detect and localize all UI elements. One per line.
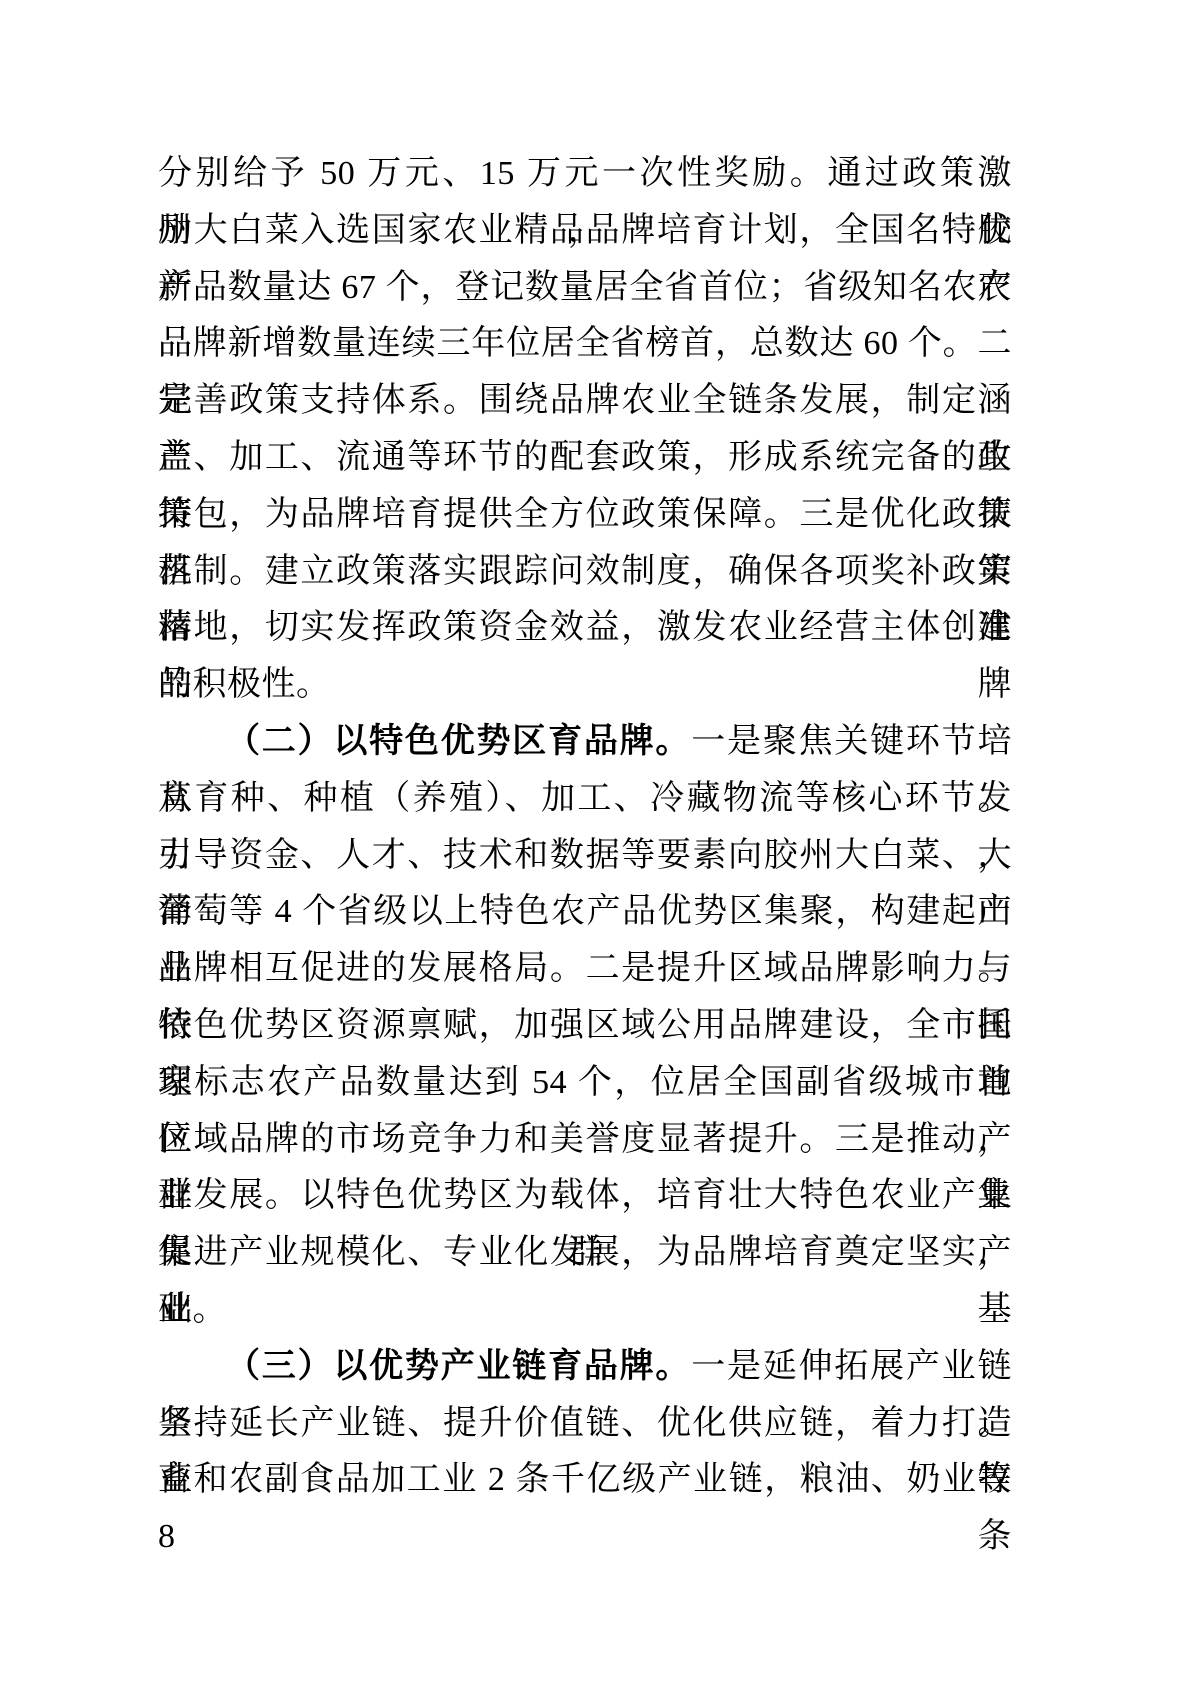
text-line: （二）以特色优势区育品牌。一是聚焦关键环节培育。 — [158, 714, 1012, 771]
document-body: 分别给予 50 万元、15 万元一次性奖励。通过政策激励，胶州大白菜入选国家农业… — [158, 146, 1012, 1509]
text-line: 品牌相互促进的发展格局。二是提升区域品牌影响力。依托 — [158, 941, 1012, 998]
text-line: 州大白菜入选国家农业精品品牌培育计划，全国名特优新农 — [158, 203, 1012, 260]
heading-text-segment: （二）以特色优势区育品牌。 — [226, 723, 691, 760]
text-line: 机制。建立政策落实跟踪问效制度，确保各项奖补政策精准 — [158, 544, 1012, 601]
text-line: 分别给予 50 万元、15 万元一次性奖励。通过政策激励，胶 — [158, 146, 1012, 203]
text-line: 理标志农产品数量达到 54 个，位居全国副省级城市首位， — [158, 1055, 1012, 1112]
body-text-segment: 业和农副食品加工业 2 条千亿级产业链，粮油、奶业等 8 条 — [158, 1461, 1012, 1555]
text-line: 产品数量达 67 个，登记数量居全省首位；省级知名农产品 — [158, 260, 1012, 317]
body-text-segment: 的积极性。 — [158, 666, 331, 703]
text-line: 业和农副食品加工业 2 条千亿级产业链，粮油、奶业等 8 条 — [158, 1452, 1012, 1509]
text-line: 完善政策支持体系。围绕品牌农业全链条发展，制定涵盖生 — [158, 373, 1012, 430]
text-line: 品牌新增数量连续三年位居全省榜首，总数达 60 个。二是 — [158, 316, 1012, 373]
document-page: 分别给予 50 万元、15 万元一次性奖励。通过政策激励，胶州大白菜入选国家农业… — [0, 0, 1190, 1683]
text-line: 坚持延长产业链、提升价值链、优化供应链，着力打造畜牧 — [158, 1396, 1012, 1453]
text-line: 落地，切实发挥政策资金效益，激发农业经营主体创建品牌 — [158, 600, 1012, 657]
text-line: 从育种、种植（养殖）、加工、冷藏物流等核心环节发力， — [158, 771, 1012, 828]
text-line: 群发展。以特色优势区为载体，培育壮大特色农业产业集群， — [158, 1168, 1012, 1225]
text-line: 促进产业规模化、专业化发展，为品牌培育奠定坚实产业基 — [158, 1225, 1012, 1282]
text-line: 产、加工、流通等环节的配套政策，形成系统完备的政策扶 — [158, 430, 1012, 487]
text-line: 特色优势区资源禀赋，加强区域公用品牌建设，全市国家地 — [158, 998, 1012, 1055]
body-text-segment: 促进产业规模化、专业化发展，为品牌培育奠定坚实产业基 — [158, 1234, 1012, 1328]
text-line: （三）以优势产业链育品牌。一是延伸拓展产业链条。 — [158, 1339, 1012, 1396]
text-line: 持包，为品牌培育提供全方位政策保障。三是优化政策落实 — [158, 487, 1012, 544]
text-line: 引导资金、人才、技术和数据等要素向胶州大白菜、大泽山 — [158, 828, 1012, 885]
text-line: 葡萄等 4 个省级以上特色农产品优势区集聚，构建起产业与 — [158, 884, 1012, 941]
text-line: 区域品牌的市场竞争力和美誉度显著提升。三是推动产业集 — [158, 1112, 1012, 1169]
heading-text-segment: （三）以优势产业链育品牌。 — [226, 1348, 691, 1385]
body-text-segment: 础。 — [158, 1291, 227, 1328]
